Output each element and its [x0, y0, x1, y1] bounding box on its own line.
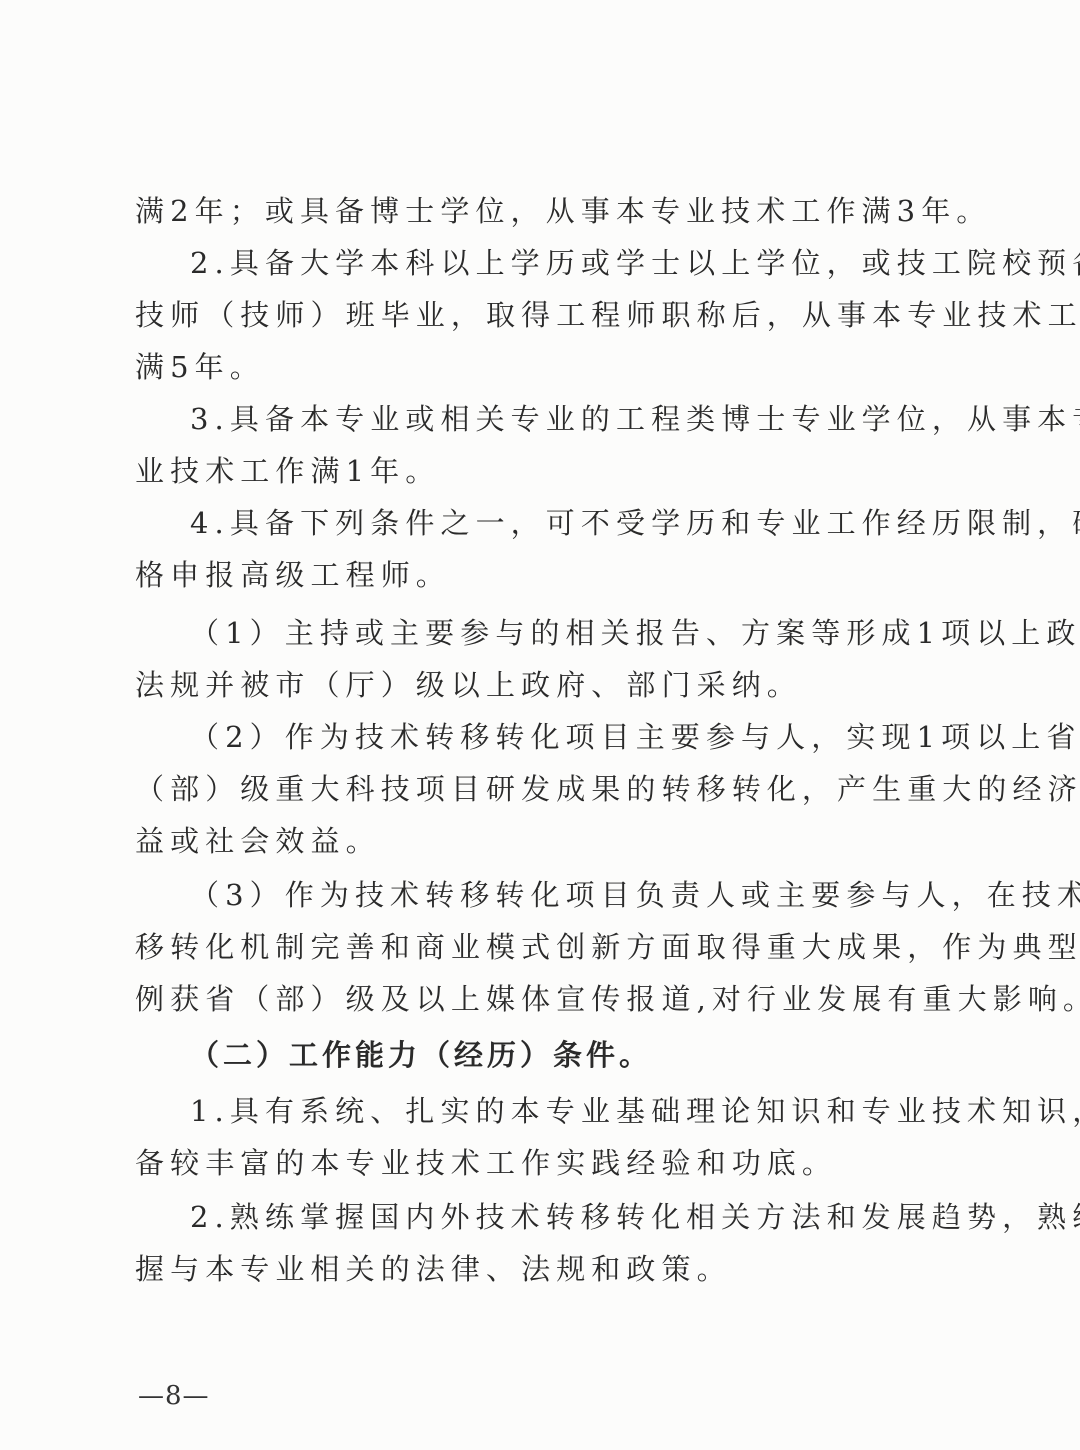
text-line: 益或社会效益。 [135, 823, 945, 859]
text-line: 握与本专业相关的法律、法规和政策。 [135, 1251, 945, 1287]
text-line: 移转化机制完善和商业模式创新方面取得重大成果，作为典型案 [135, 929, 945, 965]
text-line: 1.具有系统、扎实的本专业基础理论知识和专业技术知识，具 [190, 1093, 945, 1129]
text-line: 2.熟练掌握国内外技术转移转化相关方法和发展趋势，熟练掌 [190, 1199, 945, 1235]
page-number: —8— [138, 1380, 210, 1412]
text-line: （1）主持或主要参与的相关报告、方案等形成1项以上政策 [190, 615, 945, 651]
text-line: （部）级重大科技项目研发成果的转移转化，产生重大的经济效 [135, 771, 945, 807]
text-line: 格申报高级工程师。 [135, 557, 945, 593]
text-line: （3）作为技术转移转化项目负责人或主要参与人，在技术转 [190, 877, 945, 913]
text-line: 例获省（部）级及以上媒体宣传报道,对行业发展有重大影响。 [135, 981, 945, 1017]
section-heading: （二）工作能力（经历）条件。 [190, 1037, 945, 1073]
text-line: 满5年。 [135, 349, 945, 385]
text-line: 技师（技师）班毕业，取得工程师职称后，从事本专业技术工作 [135, 297, 945, 333]
text-line: 4.具备下列条件之一，可不受学历和专业工作经历限制，破 [190, 505, 945, 541]
document-page: 满2年；或具备博士学位，从事本专业技术工作满3年。 2.具备大学本科以上学历或学… [0, 0, 1080, 1450]
text-line: 法规并被市（厅）级以上政府、部门采纳。 [135, 667, 945, 703]
text-line: 3.具备本专业或相关专业的工程类博士专业学位，从事本专 [190, 401, 945, 437]
text-line: （2）作为技术转移转化项目主要参与人，实现1项以上省 [190, 719, 945, 755]
text-line: 备较丰富的本专业技术工作实践经验和功底。 [135, 1145, 945, 1181]
text-line: 业技术工作满1年。 [135, 453, 945, 489]
text-line: 满2年；或具备博士学位，从事本专业技术工作满3年。 [135, 193, 945, 229]
text-line: 2.具备大学本科以上学历或学士以上学位，或技工院校预备 [190, 245, 945, 281]
